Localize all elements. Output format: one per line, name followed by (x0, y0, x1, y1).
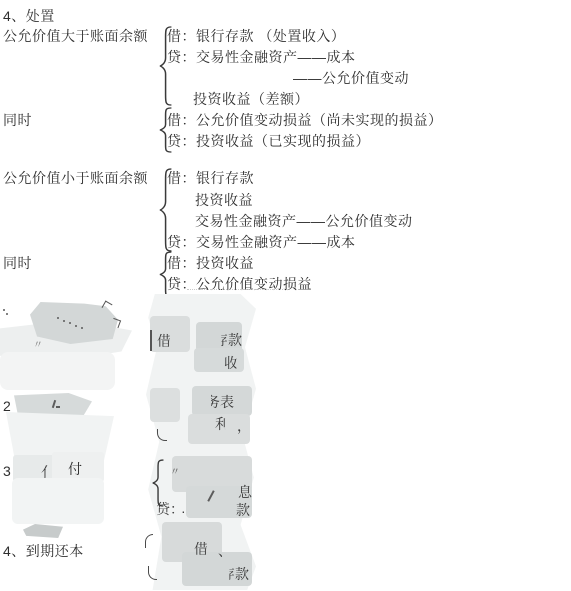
entry-credit-trading-cost: 贷：交易性金融资产——成本 (167, 49, 356, 65)
mark-fragment (81, 327, 83, 329)
mark-fragment (56, 406, 60, 408)
mark-fragment (6, 313, 8, 315)
entry-credit-trading-cost-2: 贷：交易性金融资产——成本 (167, 234, 356, 250)
brace-fragment (148, 566, 157, 580)
entry-credit-fv-change: ——公允价值变动 (293, 70, 409, 86)
label-meanwhile-1: 同时 (3, 112, 32, 128)
label-fair-value-less: 公允价值小于账面余额 (3, 170, 148, 186)
mark-fragment (57, 317, 59, 319)
fragment-receive: 收 (224, 355, 238, 371)
label-meanwhile-2: 同时 (3, 255, 32, 271)
fragment-dot: · (181, 503, 186, 519)
notes-page: 4、处置 公允价值大于账面余额 借：银行存款 （处置收入） 贷：交易性金融资产—… (0, 0, 571, 591)
brace-fragment (150, 330, 152, 351)
smudge-patch (194, 348, 244, 372)
smudge-blob (12, 478, 104, 524)
entry-debit-investment-income: 投资收益 (195, 192, 253, 208)
row3-number: 3 (3, 463, 11, 479)
smudge-blob (23, 524, 63, 538)
fragment-debit-2: 借 (194, 541, 208, 557)
entry-debit-investment-income-2: 借：投资收益 (167, 255, 254, 271)
label-fair-value-greater: 公允价值大于账面余额 (3, 28, 148, 44)
fragment-comma: ， (237, 418, 251, 434)
fragment-pay: 付 (68, 461, 83, 477)
entry-investment-income-diff: 投资收益（差额） (193, 91, 309, 107)
entry-debit-bank-2: 借：银行存款 (167, 170, 254, 186)
fragment-tick: 亻 (41, 464, 55, 480)
row4-label: 4、到期还本 (3, 543, 84, 559)
smudge-blob (0, 352, 115, 390)
mark-fragment (63, 320, 65, 322)
faint-dotted-line (187, 289, 283, 290)
fragment-payment: 款 (236, 502, 250, 518)
fragment-credit-label: 贷： (156, 501, 184, 517)
mark-fragment (75, 325, 77, 327)
row2-number: 2 (3, 398, 11, 414)
mark-fragment (3, 309, 5, 311)
fragment-tick-2: 、 (218, 543, 232, 559)
mark-fragment: 〃 (33, 338, 43, 354)
entry-debit-trading-fv-change: 交易性金融资产——公允价值变动 (195, 213, 413, 229)
fragment-debit: 借 (157, 333, 171, 349)
smudge-patch (150, 316, 190, 352)
mark-fragment (69, 322, 71, 324)
smudge-patch (150, 388, 180, 422)
fragment-interest-char: 息 (238, 484, 252, 500)
entry-debit-fv-gain-loss: 借：公允价值变动损益（尚未实现的损益） (167, 112, 443, 128)
entry-debit-bank: 借：银行存款 （处置收入） (167, 28, 345, 44)
section-title: 4、处置 (3, 8, 55, 24)
entry-credit-investment-income: 贷：投资收益（已实现的损益） (167, 133, 370, 149)
brace-row3 (151, 459, 164, 507)
brace-fragment (145, 534, 153, 548)
fragment-quote: 〃 (170, 465, 180, 481)
